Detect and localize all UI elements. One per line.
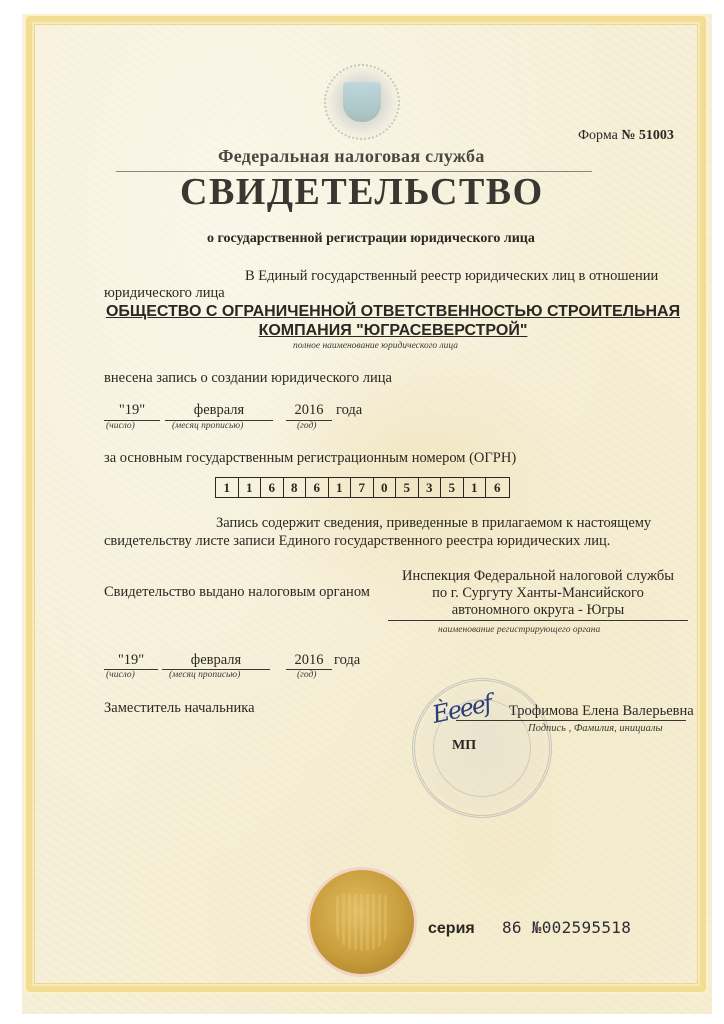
signature-hint: Подпись , Фамилия, инициалы — [528, 723, 663, 734]
entry-day-hint: (число) — [106, 421, 135, 431]
entry-year-suffix: года — [336, 402, 362, 419]
authority-underline — [388, 620, 688, 621]
entry-month-hint: (месяц прописью) — [172, 421, 243, 431]
form-label: Форма — [578, 128, 618, 143]
ogrn-digit: 3 — [419, 478, 442, 497]
entry-day: "19" — [104, 402, 160, 419]
document-subtitle: о государственной регистрации юридическо… — [207, 231, 535, 247]
signature-line — [456, 720, 686, 721]
authority-line1: Инспекция Федеральной налоговой службы — [388, 568, 688, 585]
agency-name: Федеральная налоговая служба — [218, 146, 485, 167]
ogrn-digit: 7 — [351, 478, 374, 497]
ogrn-digit: 8 — [284, 478, 307, 497]
issue-month: февраля — [162, 652, 270, 669]
entry-year: 2016 — [286, 402, 332, 419]
company-name-line1: ОБЩЕСТВО С ОГРАНИЧЕННОЙ ОТВЕТСТВЕННОСТЬЮ… — [100, 302, 686, 321]
hologram-emblem-icon — [324, 64, 400, 140]
issue-day-hint: (число) — [106, 670, 135, 680]
ogrn-number-box: 1168617053516 — [215, 477, 510, 498]
issue-month-hint: (месяц прописью) — [169, 670, 240, 680]
issue-day: "19" — [104, 652, 158, 669]
form-number: Форма № 51003 — [578, 128, 674, 144]
ogrn-digit: 1 — [216, 478, 239, 497]
document-title: СВИДЕТЕЛЬСТВО — [180, 170, 544, 214]
authority-line2: по г. Сургуту Ханты-Мансийского — [388, 585, 688, 602]
form-number-value: № 51003 — [621, 128, 674, 143]
ogrn-digit: 6 — [306, 478, 329, 497]
entry-month: февраля — [165, 402, 273, 419]
entry-year-hint: (год) — [297, 421, 316, 431]
coat-of-arms-icon — [343, 82, 381, 122]
ogrn-digit: 1 — [464, 478, 487, 497]
ogrn-digit: 6 — [261, 478, 284, 497]
gold-seal-icon — [310, 870, 414, 974]
ogrn-digit: 5 — [441, 478, 464, 497]
issue-year: 2016 — [286, 652, 332, 669]
registry-intro-line1: В Единый государственный реестр юридичес… — [245, 268, 658, 285]
company-name-line2: КОМПАНИЯ "ЮГРАСЕВЕРСТРОЙ" — [100, 321, 686, 340]
company-name-hint: полное наименование юридического лица — [293, 341, 458, 351]
ogrn-digit: 0 — [374, 478, 397, 497]
ogrn-label: за основным государственным регистрацион… — [104, 450, 516, 467]
record-note-line1: Запись содержит сведения, приведенные в … — [216, 515, 651, 532]
issuer-label: Свидетельство выдано налоговым органом — [104, 584, 370, 601]
record-note-line2: свидетельству листе записи Единого госуд… — [104, 533, 610, 550]
registry-intro-line2: юридического лица — [104, 285, 225, 302]
issue-year-suffix: года — [334, 652, 360, 669]
seal-mark: МП — [452, 738, 476, 754]
ogrn-digit: 5 — [396, 478, 419, 497]
series-label: серия — [428, 920, 475, 938]
ogrn-digit: 1 — [239, 478, 262, 497]
signatory-name: Трофимова Елена Валерьевна — [509, 703, 694, 720]
issue-year-hint: (год) — [297, 670, 316, 680]
ogrn-digit: 6 — [486, 478, 509, 497]
ogrn-digit: 1 — [329, 478, 352, 497]
series-number: 86 №002595518 — [502, 918, 631, 937]
entry-text: внесена запись о создании юридического л… — [104, 370, 392, 387]
authority-line3: автономного округа - Югры — [388, 602, 688, 619]
signatory-position: Заместитель начальника — [104, 700, 255, 717]
issuing-authority: Инспекция Федеральной налоговой службы п… — [388, 568, 688, 619]
authority-hint: наименование регистрирующего органа — [438, 625, 600, 635]
